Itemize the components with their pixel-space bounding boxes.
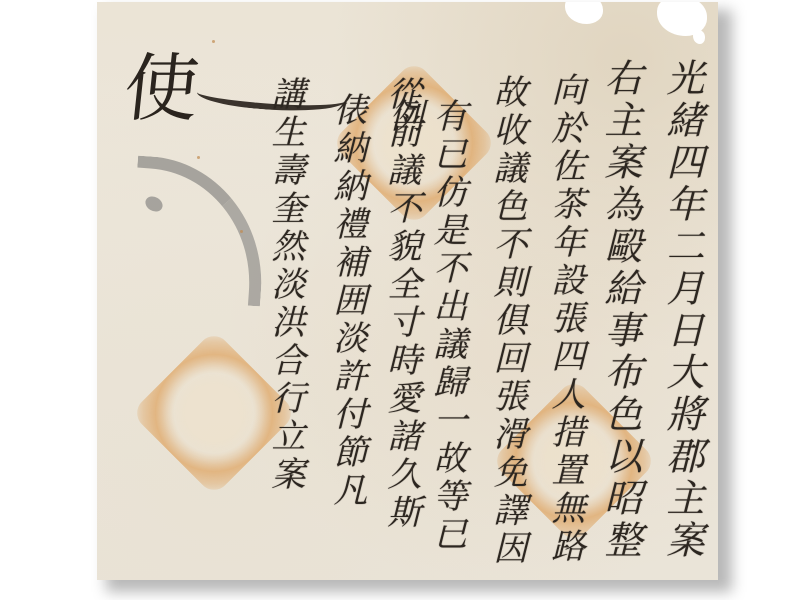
text-column-4: 故收議色不則俱回張滑免譯因 [479, 74, 529, 568]
text-column-8: 講生壽奎然淡洪合行立案 [257, 76, 307, 494]
paper-speck [212, 40, 215, 43]
text-column-2: 右主案為毆給事布色以昭整 [595, 58, 645, 562]
paper-tear [693, 30, 705, 44]
text-column-6: 從前議不貌全寸時愛諸久斯 [373, 76, 423, 532]
text-column-5: 有已仿是不出議歸一故等已例 [419, 98, 469, 580]
manuscript-paper: 使 光緒四年二月日大將郡主案 右主案為毆給事布色以昭整 向於佐茶年設張四人措置無… [97, 2, 718, 580]
paper-speck [197, 156, 200, 159]
faded-brush-stroke [128, 156, 270, 307]
heading-character: 使 [119, 30, 204, 136]
paper-tear [565, 2, 603, 24]
paper-speck [240, 230, 243, 233]
text-column-3: 向於佐茶年設張四人措置無路 [537, 72, 587, 566]
text-column-1: 光緒四年二月日大將郡主案 [657, 58, 707, 562]
text-column-7: 俵納納禮補囲淡許付節凡 [319, 92, 369, 510]
